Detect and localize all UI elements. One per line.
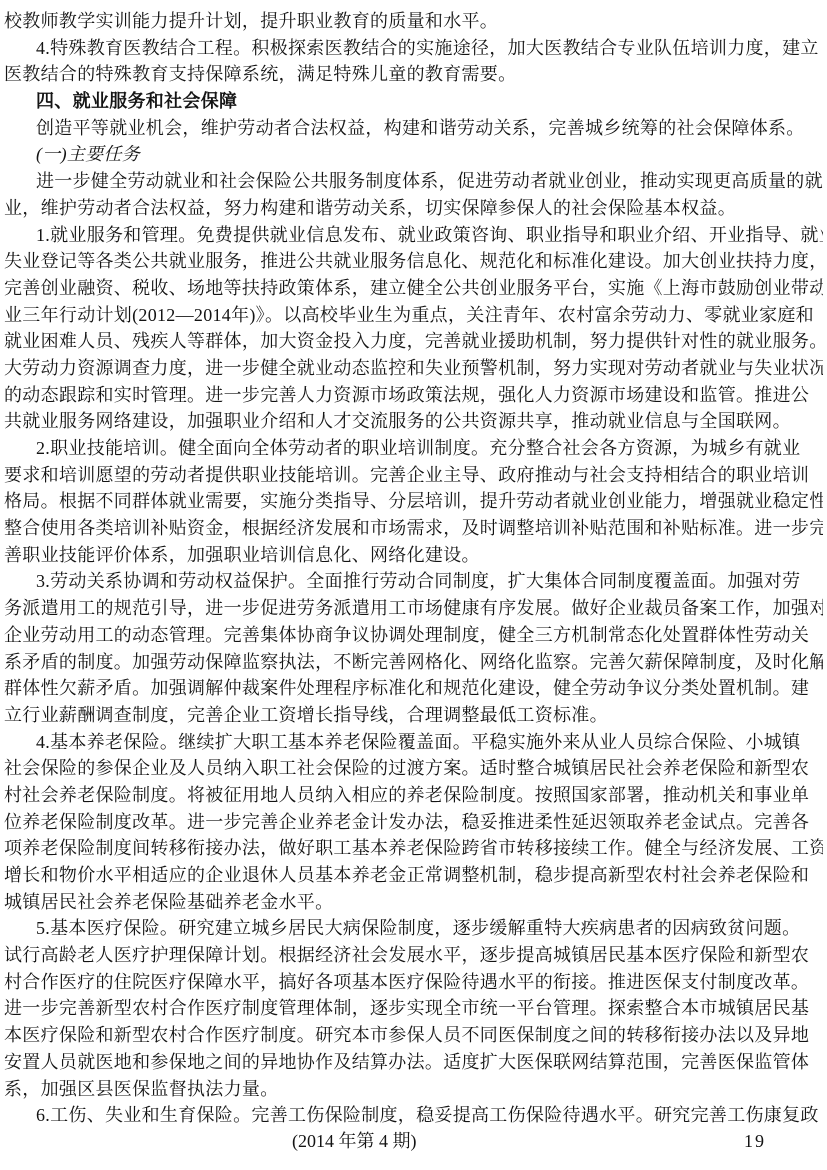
text-line: 进一步完善新型农村合作医疗制度管理体制，逐步实现全市统一平台管理。探索整合本市城…: [4, 995, 823, 1022]
text-line: 就业困难人员、残疾人等群体，加大资金投入力度，完善就业援助机制，努力提供针对性的…: [4, 328, 823, 355]
text-line: 整合使用各类培训补贴资金，根据经济发展和市场需求，及时调整培训补贴范围和补贴标准…: [4, 515, 823, 542]
text-line: 善职业技能评价体系，加强职业培训信息化、网络化建设。: [4, 542, 823, 569]
text-line: 群体性欠薪矛盾。加强调解仲裁案件处理程序标准化和规范化建设，健全劳动争议分类处置…: [4, 675, 823, 702]
text-line: 5.基本医疗保险。研究建立城乡居民大病保险制度，逐步缓解重特大疾病患者的因病致贫…: [4, 915, 823, 942]
text-line: 增长和物价水平相适应的企业退休人员基本养老金正常调整机制，稳步提高新型农村社会养…: [4, 862, 823, 889]
text-line: 共就业服务网络建设，加强职业介绍和人才交流服务的公共资源共享，推动就业信息与全国…: [4, 408, 823, 435]
text-line: 进一步健全劳动就业和社会保险公共服务制度体系，促进劳动者就业创业，推动实现更高质…: [4, 168, 823, 195]
document-body: 校教师教学实训能力提升计划，提升职业教育的质量和水平。4.特殊教育医教结合工程。…: [4, 8, 823, 1129]
text-line: 系，加强区县医保监督执法力量。: [4, 1076, 823, 1103]
text-line: 4.基本养老保险。继续扩大职工基本养老保险覆盖面。平稳实施外来从业人员综合保险、…: [4, 729, 823, 756]
text-line: 项养老保险制度间转移衔接办法，做好职工基本养老保险跨省市转移接续工作。健全与经济…: [4, 835, 823, 862]
footer-page-number: 19: [744, 1128, 766, 1155]
text-line: 村合作医疗的住院医疗保障水平，搞好各项基本医疗保险待遇水平的衔接。推进医保支付制…: [4, 969, 823, 996]
text-line: 业，维护劳动者合法权益，努力构建和谐劳动关系，切实保障参保人的社会保险基本权益。: [4, 195, 823, 222]
text-line: (一)主要任务: [4, 141, 823, 168]
footer-issue-label: (2014 年第 4 期): [292, 1128, 417, 1155]
text-line: 务派遣用工的规范引导，进一步促进劳务派遣用工市场健康有序发展。做好企业裁员备案工…: [4, 595, 823, 622]
text-line: 大劳动力资源调查力度，进一步健全就业动态监控和失业预警机制，努力实现对劳动者就业…: [4, 355, 823, 382]
text-line: 本医疗保险和新型农村合作医疗制度。研究本市参保人员不同医保制度之间的转移衔接办法…: [4, 1022, 823, 1049]
text-line: 系矛盾的制度。加强劳动保障监察执法，不断完善网格化、网络化监察。完善欠薪保障制度…: [4, 649, 823, 676]
text-line: 村社会养老保险制度。将被征用地人员纳入相应的养老保险制度。按照国家部署，推动机关…: [4, 782, 823, 809]
text-line: 格局。根据不同群体就业需要，实施分类指导、分层培训，提升劳动者就业创业能力，增强…: [4, 488, 823, 515]
text-line: 城镇居民社会养老保险基础养老金水平。: [4, 889, 823, 916]
text-line: 医教结合的特殊教育支持保障系统，满足特殊儿童的教育需要。: [4, 61, 823, 88]
text-line: 位养老保险制度改革。进一步完善企业养老金计发办法，稳妥推进柔性延迟领取养老金试点…: [4, 809, 823, 836]
text-line: 3.劳动关系协调和劳动权益保护。全面推行劳动合同制度，扩大集体合同制度覆盖面。加…: [4, 568, 823, 595]
text-line: 企业劳动用工的动态管理。完善集体协商争议协调处理制度，健全三方机制常态化处置群体…: [4, 622, 823, 649]
text-line: 6.工伤、失业和生育保险。完善工伤保险制度，稳妥提高工伤保险待遇水平。研究完善工…: [4, 1102, 823, 1129]
document-page: 校教师教学实训能力提升计划，提升职业教育的质量和水平。4.特殊教育医教结合工程。…: [0, 0, 827, 1170]
text-line: 四、就业服务和社会保障: [4, 88, 823, 115]
text-line: 的动态跟踪和实时管理。进一步完善人力资源市场政策法规，强化人力资源市场建设和监管…: [4, 382, 823, 409]
text-line: 立行业薪酬调查制度，完善企业工资增长指导线，合理调整最低工资标准。: [4, 702, 823, 729]
text-line: 安置人员就医地和参保地之间的异地协作及结算办法。适度扩大医保联网结算范围，完善医…: [4, 1049, 823, 1076]
text-line: 1.就业服务和管理。免费提供就业信息发布、就业政策咨询、职业指导和职业介绍、开业…: [4, 222, 823, 249]
text-line: 完善创业融资、税收、场地等扶持政策体系，建立健全公共创业服务平台，实施《上海市鼓…: [4, 275, 823, 302]
text-line: 社会保险的参保企业及人员纳入职工社会保险的过渡方案。适时整合城镇居民社会养老保险…: [4, 755, 823, 782]
text-line: 要求和培训愿望的劳动者提供职业技能培训。完善企业主导、政府推动与社会支持相结合的…: [4, 462, 823, 489]
text-line: 试行高龄老人医疗护理保障计划。根据经济社会发展水平，逐步提高城镇居民基本医疗保险…: [4, 942, 823, 969]
text-line: 业三年行动计划(2012—2014年)》。以高校毕业生为重点，关注青年、农村富余…: [4, 302, 823, 329]
text-line: 2.职业技能培训。健全面向全体劳动者的职业培训制度。充分整合社会各方资源，为城乡…: [4, 435, 823, 462]
page-footer: (2014 年第 4 期) 19: [0, 1128, 827, 1155]
text-line: 创造平等就业机会，维护劳动者合法权益，构建和谐劳动关系，完善城乡统筹的社会保障体…: [4, 115, 823, 142]
text-line: 校教师教学实训能力提升计划，提升职业教育的质量和水平。: [4, 8, 823, 35]
text-line: 4.特殊教育医教结合工程。积极探索医教结合的实施途径，加大医教结合专业队伍培训力…: [4, 35, 823, 62]
text-line: 失业登记等各类公共就业服务，推进公共就业服务信息化、规范化和标准化建设。加大创业…: [4, 248, 823, 275]
